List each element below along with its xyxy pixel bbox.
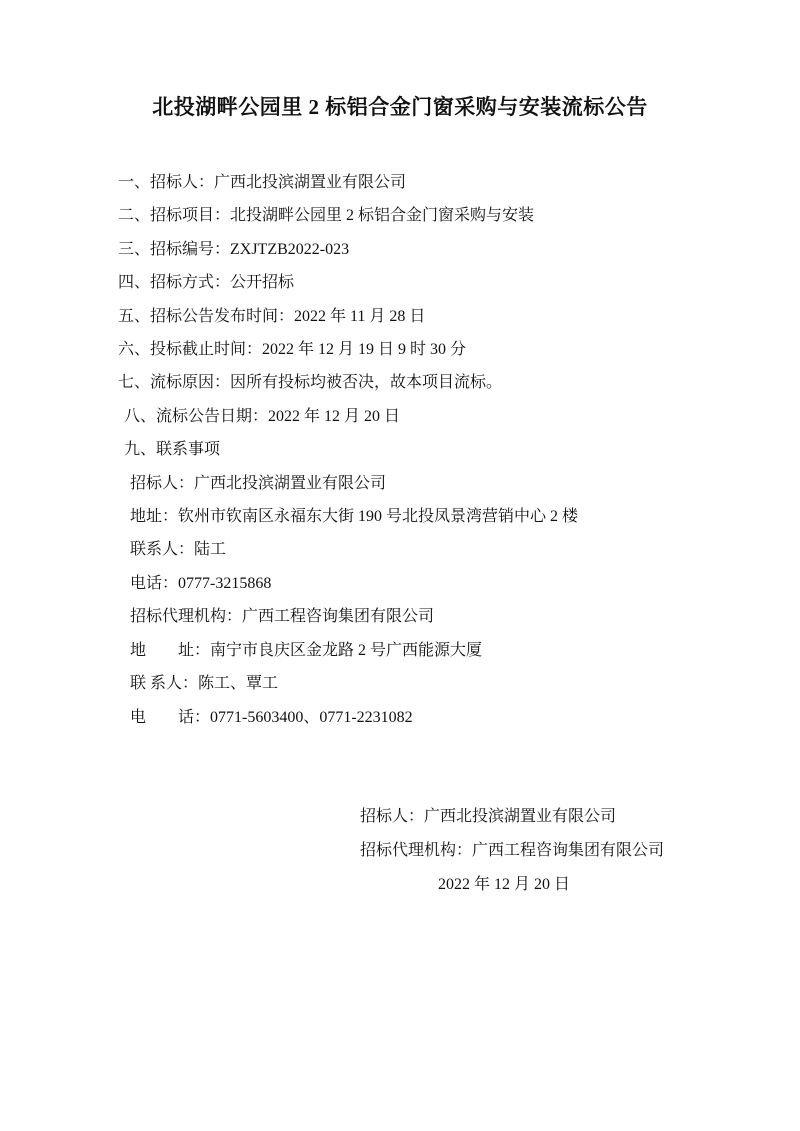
contact-tenderer-person: 联系人：陆工 — [130, 533, 730, 566]
signature-date: 2022 年 12 月 20 日 — [360, 868, 800, 902]
contact-agency-name: 招标代理机构：广西工程咨询集团有限公司 — [130, 600, 730, 633]
item-failure-reason: 七、流标原因：因所有投标均被否决，故本项目流标。 — [118, 366, 730, 399]
signature-agency: 招标代理机构：广西工程咨询集团有限公司 — [360, 834, 800, 868]
document-page: 北投湖畔公园里 2 标铝合金门窗采购与安装流标公告 一、招标人：广西北投滨湖置业… — [0, 0, 800, 1131]
announcement-body: 一、招标人：广西北投滨湖置业有限公司 二、招标项目：北投湖畔公园里 2 标铝合金… — [0, 166, 800, 734]
signature-block: 招标人：广西北投滨湖置业有限公司 招标代理机构：广西工程咨询集团有限公司 202… — [0, 800, 800, 902]
contact-tenderer-phone: 电话：0777-3215868 — [130, 567, 730, 600]
contact-agency-person: 联 系人：陈工、覃工 — [130, 667, 730, 700]
item-contact-heading: 九、联系事项 — [118, 433, 730, 466]
item-tenderer: 一、招标人：广西北投滨湖置业有限公司 — [118, 166, 730, 199]
contact-agency-address: 地 址：南宁市良庆区金龙路 2 号广西能源大厦 — [130, 634, 730, 667]
contact-agency-phone: 电 话：0771-5603400、0771-2231082 — [130, 701, 730, 734]
item-tender-number: 三、招标编号：ZXJTZB2022-023 — [118, 233, 730, 266]
contact-section: 招标人：广西北投滨湖置业有限公司 地址：钦州市钦南区永福东大街 190 号北投凤… — [118, 467, 730, 734]
item-announcement-date: 五、招标公告发布时间：2022 年 11 月 28 日 — [118, 300, 730, 333]
contact-tenderer-address: 地址：钦州市钦南区永福东大街 190 号北投凤景湾营销中心 2 楼 — [130, 500, 730, 533]
item-tender-method: 四、招标方式：公开招标 — [118, 266, 730, 299]
item-bid-deadline: 六、投标截止时间：2022 年 12 月 19 日 9 时 30 分 — [118, 333, 730, 366]
item-failure-notice-date: 八、流标公告日期：2022 年 12 月 20 日 — [118, 400, 730, 433]
item-project: 二、招标项目：北投湖畔公园里 2 标铝合金门窗采购与安装 — [118, 199, 730, 232]
signature-tenderer: 招标人：广西北投滨湖置业有限公司 — [360, 800, 800, 834]
page-title: 北投湖畔公园里 2 标铝合金门窗采购与安装流标公告 — [0, 0, 800, 122]
contact-tenderer-name: 招标人：广西北投滨湖置业有限公司 — [130, 467, 730, 500]
